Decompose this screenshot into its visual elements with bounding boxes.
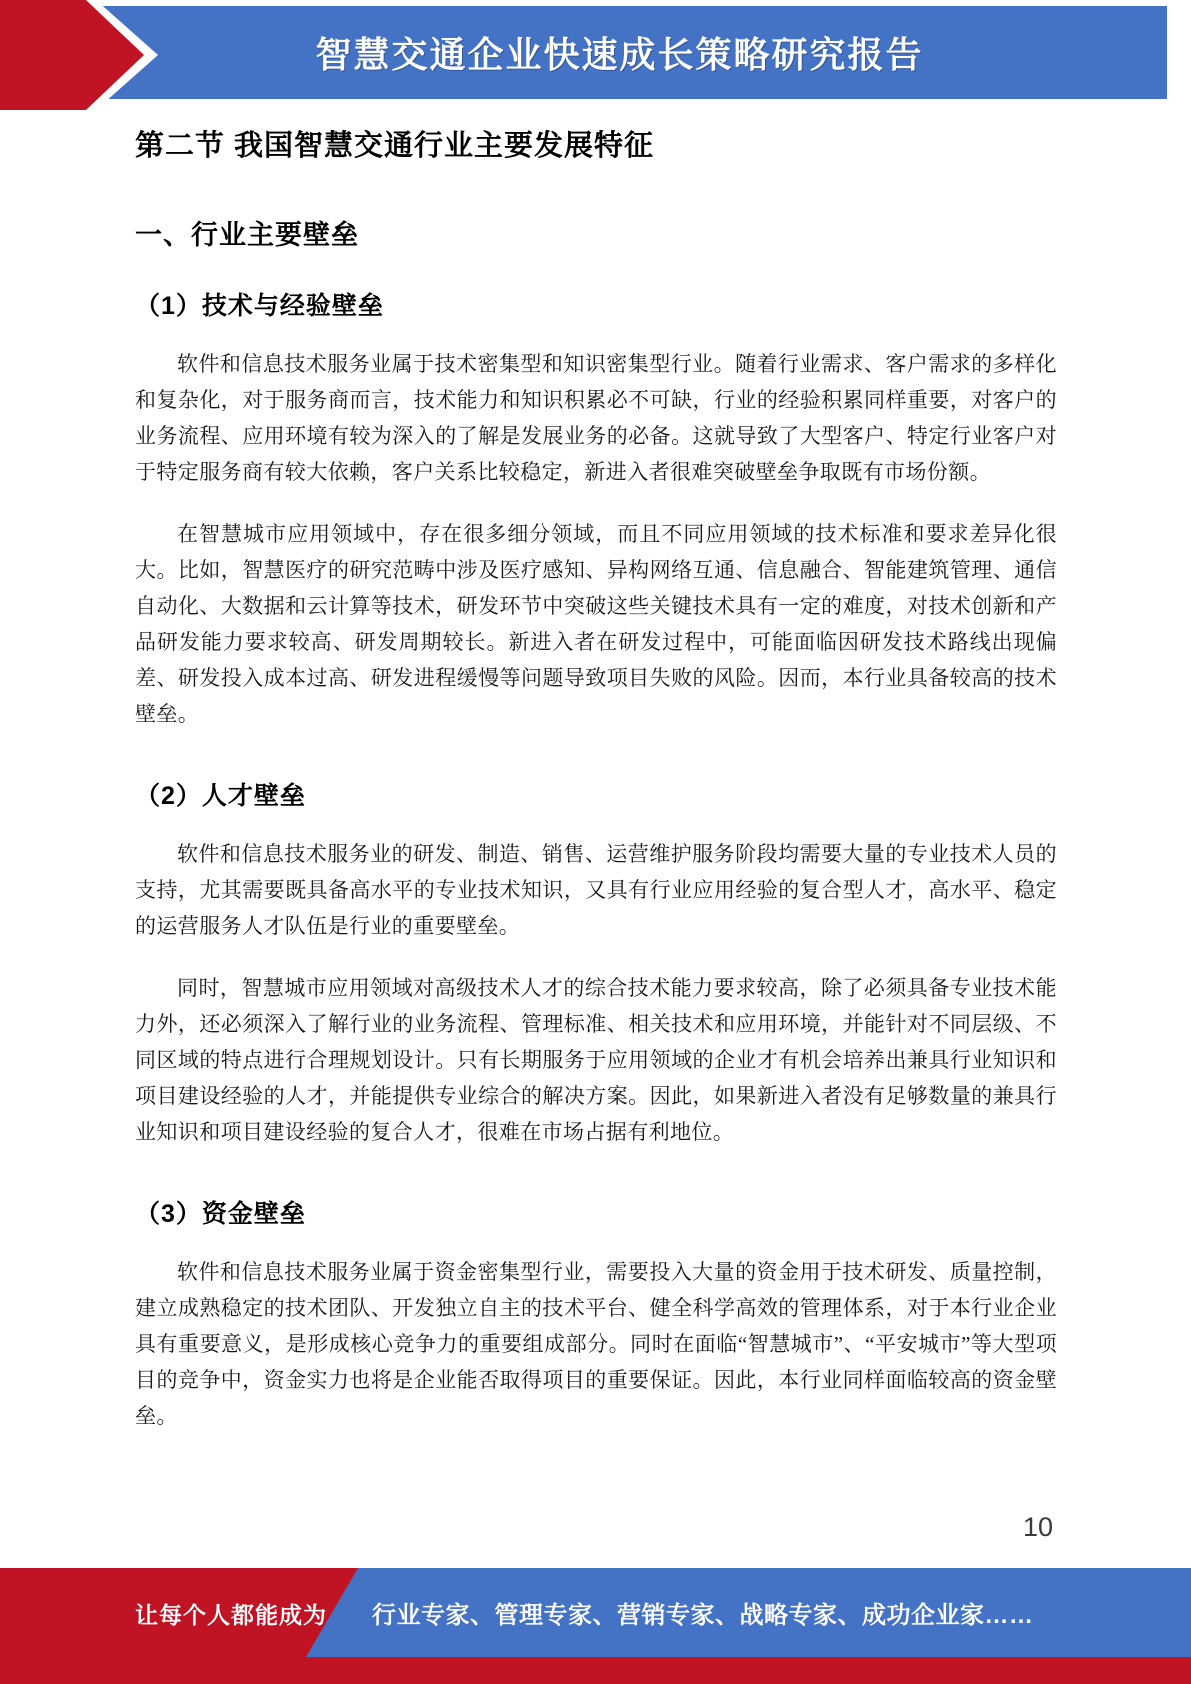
footer-slogan-right: 行业专家、管理专家、营销专家、战略专家、成功企业家…… [372, 1595, 1034, 1630]
block-heading-capital: （3）资金壁垒 [135, 1196, 1057, 1232]
section-heading: 第二节 我国智慧交通行业主要发展特征 [135, 126, 1057, 166]
report-title: 智慧交通企业快速成长策略研究报告 [72, 6, 1167, 99]
paragraph: 在智慧城市应用领域中，存在很多细分领域，而且不同应用领域的技术标准和要求差异化很… [135, 516, 1057, 732]
block-heading-tech-experience: （1）技术与经验壁垒 [135, 288, 1057, 324]
document-body: 第二节 我国智慧交通行业主要发展特征 一、行业主要壁垒 （1）技术与经验壁垒 软… [135, 120, 1057, 1434]
paragraph: 软件和信息技术服务业属于技术密集型和知识密集型行业。随着行业需求、客户需求的多样… [135, 346, 1057, 490]
block-heading-talent: （2）人才壁垒 [135, 778, 1057, 814]
page-number: 10 [1023, 1512, 1053, 1543]
paragraph: 软件和信息技术服务业的研发、制造、销售、运营维护服务阶段均需要大量的专业技术人员… [135, 836, 1057, 944]
paragraph: 同时，智慧城市应用领域对高级技术人才的综合技术能力要求较高，除了必须具备专业技术… [135, 970, 1057, 1150]
subsection-heading: 一、行业主要壁垒 [135, 216, 1057, 254]
paragraph: 软件和信息技术服务业属于资金密集型行业，需要投入大量的资金用于技术研发、质量控制… [135, 1254, 1057, 1434]
footer-slogan-left: 让每个人都能成为 [135, 1597, 327, 1630]
report-page: 智慧交通企业快速成长策略研究报告 第二节 我国智慧交通行业主要发展特征 一、行业… [0, 0, 1191, 1684]
page-footer: 让每个人都能成为 行业专家、管理专家、营销专家、战略专家、成功企业家…… [0, 1568, 1191, 1684]
